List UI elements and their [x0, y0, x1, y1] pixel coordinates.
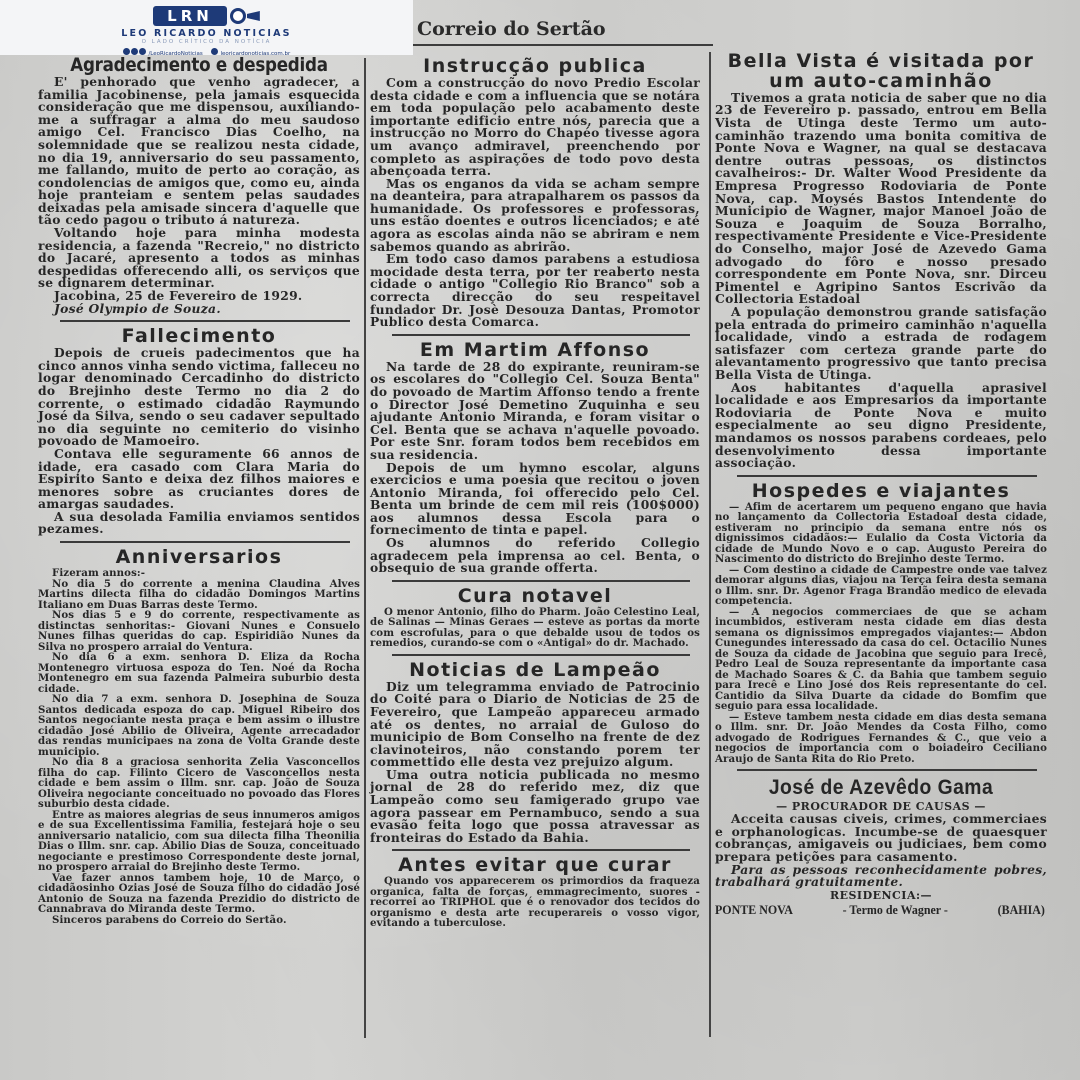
paragraph: Aos habitantes d'aquella aprasivel local…	[715, 382, 1047, 470]
headline: Cura notavel	[370, 587, 700, 607]
ad-note: Para as pessoas reconhecidamente pobres,…	[715, 864, 1047, 889]
paragraph: No dia 8 a graciosa senhorita Zelia Vasc…	[38, 757, 360, 810]
paragraph: E' penhorado que venho agradecer, a fami…	[38, 76, 360, 227]
column-1: Agradecimento e despedida E' penhorado q…	[38, 56, 360, 927]
article-bella-vista: Bella Vista é visitada por um auto-camin…	[715, 52, 1047, 470]
section-divider	[60, 320, 350, 322]
paragraph: Mas os enganos da vida se acham sempre n…	[370, 178, 700, 254]
paragraph: No dia 7 a exm. senhora D. Josephina de …	[38, 694, 360, 757]
masthead-title: Correio do Sertão	[413, 18, 713, 40]
ad-body: Acceita causas civeis, crimes, commercia…	[715, 813, 1047, 863]
watermark-logo-banner: LRN LEO RICARDO NOTICIAS O LADO CRÍTICO …	[0, 0, 413, 55]
article-martim-affonso: Em Martim Affonso Na tarde de 28 do expi…	[370, 341, 700, 575]
paragraph: Na tarde de 28 do expirante, reuniram-se…	[370, 361, 700, 462]
paragraph: — Esteve tambem nesta cidade em dias des…	[715, 712, 1047, 765]
section-divider	[392, 334, 690, 336]
article-agradecimento: Agradecimento e despedida E' penhorado q…	[38, 56, 360, 315]
ad-footer-state: (BAHIA)	[998, 902, 1045, 918]
paragraph: Diz um telegramma enviado de Patrocinio …	[370, 681, 700, 769]
column-divider	[709, 52, 711, 1037]
ad-footer-city: PONTE NOVA	[715, 902, 793, 918]
article-antes-evitar: Antes evitar que curar Quando vos appare…	[370, 856, 700, 928]
headline: Instrucção publica	[370, 57, 700, 77]
logo-acronym: LRN	[153, 6, 227, 26]
camera-icon	[230, 7, 260, 25]
section-divider	[737, 769, 1037, 771]
paragraph: Quando vos apparecerem os primordios da …	[370, 876, 700, 929]
section-divider	[392, 849, 690, 851]
section-divider	[60, 541, 350, 543]
signature: José Olympio de Souza.	[38, 303, 360, 316]
section-divider	[737, 475, 1037, 477]
paragraph: No dia 6 a exm. senhora D. Eliza da Roch…	[38, 652, 360, 694]
headline: Noticias de Lampeão	[370, 661, 700, 681]
column-divider	[364, 58, 366, 1038]
paragraph: Os alumnos do referido Collegio agradece…	[370, 537, 700, 575]
masthead-rule	[413, 44, 713, 46]
paragraph: Tivemos a grata noticia de saber que no …	[715, 92, 1047, 306]
paragraph: A sua desolada Familia enviamos sentidos…	[38, 511, 360, 536]
paragraph: Com a construcção do novo Predio Escolar…	[370, 77, 700, 178]
advertisement-jose-gama: José de Azevêdo Gama — PROCURADOR DE CAU…	[715, 776, 1047, 918]
paragraph: Sinceros parabens do Correio do Sertão.	[38, 915, 360, 926]
article-fallecimento: Fallecimento Depois de crueis padeciment…	[38, 327, 360, 536]
headline: Anniversarios	[38, 548, 360, 568]
paragraph: Vae fazer annos tambem hoje, 10 de Março…	[38, 873, 360, 915]
column-3: Bella Vista é visitada por um auto-camin…	[715, 52, 1047, 920]
headline: Em Martim Affonso	[370, 341, 700, 361]
paragraph: Uma outra noticia publicada no mesmo jor…	[370, 769, 700, 845]
article-instruccao: Instrucção publica Com a construcção do …	[370, 57, 700, 329]
headline: Bella Vista é visitada por um auto-camin…	[715, 52, 1047, 92]
headline: Fallecimento	[38, 327, 360, 347]
paragraph: Em todo caso damos parabens a estudiosa …	[370, 253, 700, 329]
intro: Fizeram annos:-	[38, 568, 360, 579]
article-cura-notavel: Cura notavel O menor Antonio, filho do P…	[370, 587, 700, 649]
logo-name: LEO RICARDO NOTICIAS	[121, 28, 291, 39]
paragraph: Voltando hoje para minha modesta residen…	[38, 227, 360, 290]
headline: Agradecimento e despedida	[57, 56, 340, 76]
paragraph: Entre as maiores alegrias de seus innume…	[38, 810, 360, 873]
ad-name: José de Azevêdo Gama	[728, 776, 1033, 800]
paragraph: Depois de um hymno escolar, alguns exerc…	[370, 462, 700, 538]
paragraph: — Afim de acertarem um pequeno engano qu…	[715, 502, 1047, 565]
section-divider	[392, 580, 690, 582]
headline: Hospedes e viajantes	[715, 482, 1047, 502]
paragraph: — A negocios commerciaes de que se acham…	[715, 607, 1047, 712]
logo-mark: LRN	[153, 6, 260, 26]
paragraph: — Com destino a cidade de Campestre onde…	[715, 565, 1047, 607]
paragraph: No dia 5 do corrente a menina Claudina A…	[38, 579, 360, 611]
paragraph: Contava elle seguramente 66 annos de ida…	[38, 448, 360, 511]
article-anniversarios: Anniversarios Fizeram annos:- No dia 5 d…	[38, 548, 360, 925]
paragraph: Nos dias 5 e 9 do corrente, respectivame…	[38, 610, 360, 652]
paragraph: A população demonstrou grande satisfação…	[715, 306, 1047, 382]
article-hospedes: Hospedes e viajantes — Afim de acertarem…	[715, 482, 1047, 764]
section-divider	[392, 654, 690, 656]
paragraph: Depois de crueis padecimentos que ha cin…	[38, 347, 360, 448]
article-lampeao: Noticias de Lampeão Diz um telegramma en…	[370, 661, 700, 845]
column-2: Instrucção publica Com a construcção do …	[370, 57, 700, 931]
ad-footer: PONTE NOVA - Termo de Wagner - (BAHIA)	[715, 902, 1045, 918]
headline: Antes evitar que curar	[370, 856, 700, 876]
ad-residence-label: RESIDENCIA:—	[715, 889, 1047, 902]
ad-footer-term: - Termo de Wagner -	[843, 902, 948, 918]
logo-tagline: O LADO CRÍTICO DA NOTÍCIA	[142, 39, 272, 45]
paragraph: O menor Antonio, filho do Pharm. João Ce…	[370, 607, 700, 649]
